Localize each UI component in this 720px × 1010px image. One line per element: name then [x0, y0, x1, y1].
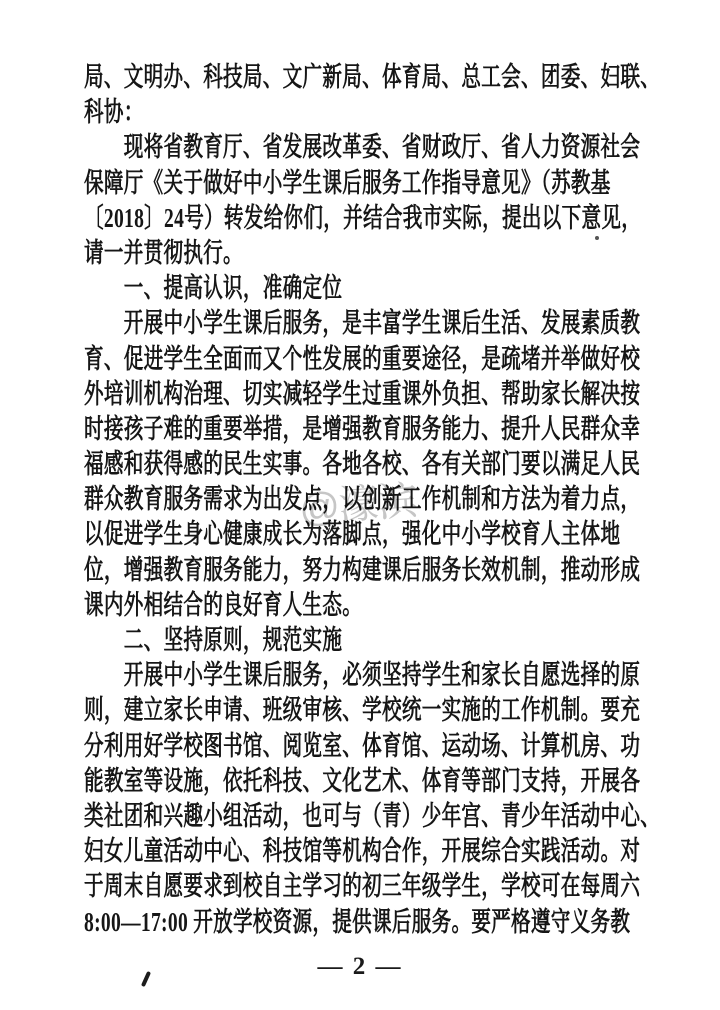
text-line: 则，建立家长申请、班级审核、学校统一实施的工作机制。要充	[84, 693, 657, 728]
text-line: 类社团和兴趣小组活动，也可与（青）少年宫、青少年活动中心、	[84, 799, 657, 834]
scanned-document-page: 局、文明办、科技局、文广新局、体育局、总工会、团委、妇联、科协： 现将省教育厅、…	[0, 0, 720, 1010]
text-line: 课内外相结合的良好育人生态。	[84, 588, 657, 623]
text-line: 时接孩子难的重要举措，是增强教育服务能力、提升人民群众幸	[84, 412, 657, 447]
text-line: 分利用好学校图书馆、阅览室、体育馆、运动场、计算机房、功	[84, 729, 657, 764]
text-line: 于周末自愿要求到校自主学习的初三年级学生，学校可在每周六	[84, 869, 657, 904]
text-line: 以促进学生身心健康成长为落脚点，强化中小学校育人主体地	[84, 517, 657, 552]
section-heading: 二、坚持原则，规范实施	[84, 623, 657, 658]
text-line: 局、文明办、科技局、文广新局、体育局、总工会、团委、妇联、	[84, 60, 657, 95]
text-line: 能教室等设施，依托科技、文化艺术、体育等部门支持，开展各	[84, 764, 657, 799]
text-line: 〔2018〕24号）转发给你们，并结合我市实际，提出以下意见，	[84, 201, 657, 236]
text-line: 妇女儿童活动中心、科技馆等机构合作，开展综合实践活动。对	[84, 834, 657, 869]
text-line: 请一并贯彻执行。	[84, 236, 657, 271]
text-line: 保障厅《关于做好中小学生课后服务工作指导意见》（苏教基	[84, 166, 657, 201]
text-line: 育、促进学生全面而又个性发展的重要途径，是疏堵并举做好校	[84, 342, 657, 377]
text-line: 8:00—17:00 开放学校资源，提供课后服务。要严格遵守义务教	[84, 905, 657, 940]
text-line: 开展中小学生课后服务，是丰富学生课后生活、发展素质教	[84, 306, 657, 341]
text-line: 外培训机构治理、切实减轻学生过重课外负担、帮助家长解决按	[84, 377, 657, 412]
text-line: 群众教育服务需求为出发点，以创新工作机制和方法为着力点，	[84, 482, 657, 517]
text-line: 开展中小学生课后服务，必须坚持学生和家长自愿选择的原	[84, 658, 657, 693]
text-line: 科协：	[84, 95, 657, 130]
page-number: — 2 —	[0, 953, 720, 981]
section-heading: 一、提高认识，准确定位	[84, 271, 657, 306]
text-line: 位，增强教育服务能力，努力构建课后服务长效机制，推动形成	[84, 553, 657, 588]
ink-speck-artifact	[595, 236, 599, 240]
text-line: 福感和获得感的民生实事。各地各校、各有关部门要以满足人民	[84, 447, 657, 482]
document-body: 局、文明办、科技局、文广新局、体育局、总工会、团委、妇联、科协： 现将省教育厅、…	[84, 60, 657, 940]
text-line: 现将省教育厅、省发展改革委、省财政厅、省人力资源社会	[84, 130, 657, 165]
